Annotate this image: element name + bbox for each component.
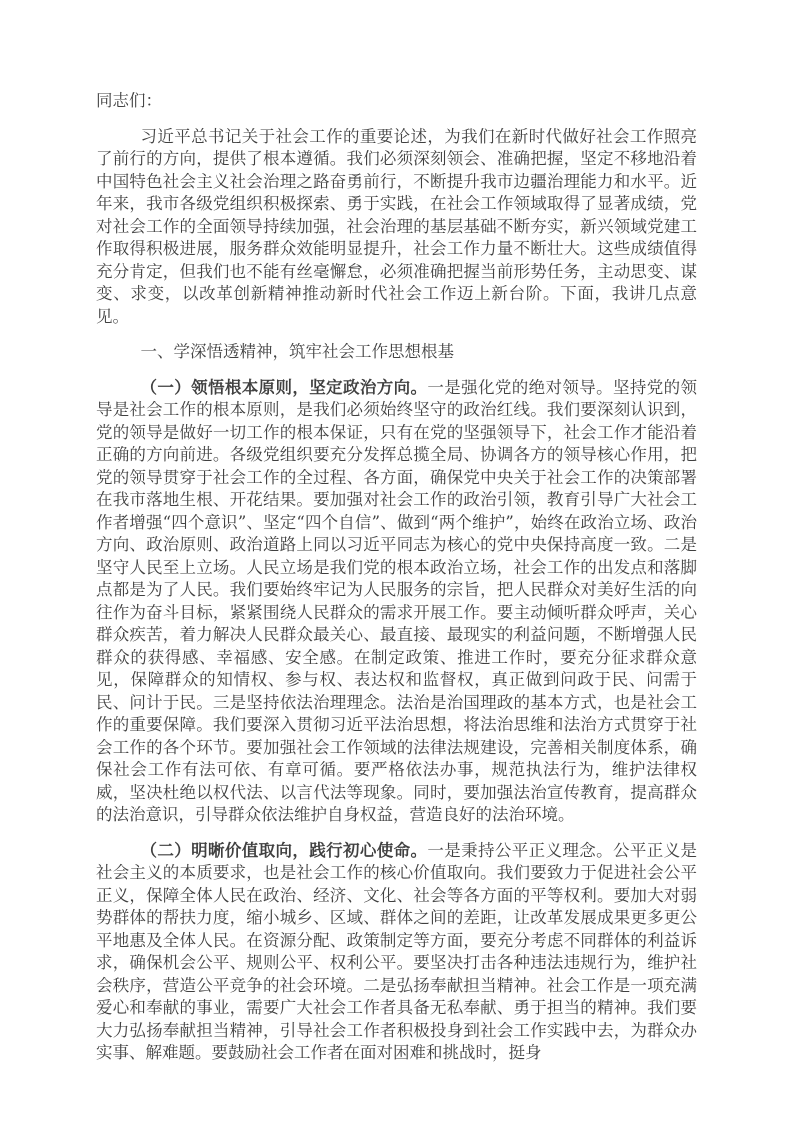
- section-heading: 一、学深悟透精神，筑牢社会工作思想根基: [96, 341, 697, 364]
- paragraph-1-body: 一是强化党的绝对领导。坚持党的领导是社会工作的根本原则，是我们必须始终坚守的政治…: [96, 378, 697, 825]
- paragraph-2: （二）明晰价值取向，践行初心使命。一是秉持公平正义理念。公平正义是社会主义的本质…: [96, 840, 697, 1065]
- paragraph-2-body: 一是秉持公平正义理念。公平正义是社会主义的本质要求，也是社会工作的核心价值取向。…: [96, 841, 697, 1063]
- paragraph-1: （一）领悟根本原则，坚定政治方向。一是强化党的绝对领导。坚持党的领导是社会工作的…: [96, 377, 697, 827]
- intro-paragraph: 习近平总书记关于社会工作的重要论述，为我们在新时代做好社会工作照亮了前行的方向，…: [96, 126, 697, 329]
- paragraph-2-lead: （二）明晰价值取向，践行初心使命。: [141, 841, 428, 860]
- salutation: 同志们：: [96, 90, 697, 113]
- document-page: 同志们： 习近平总书记关于社会工作的重要论述，为我们在新时代做好社会工作照亮了前…: [0, 0, 793, 1122]
- paragraph-1-lead: （一）领悟根本原则，坚定政治方向。: [141, 378, 428, 397]
